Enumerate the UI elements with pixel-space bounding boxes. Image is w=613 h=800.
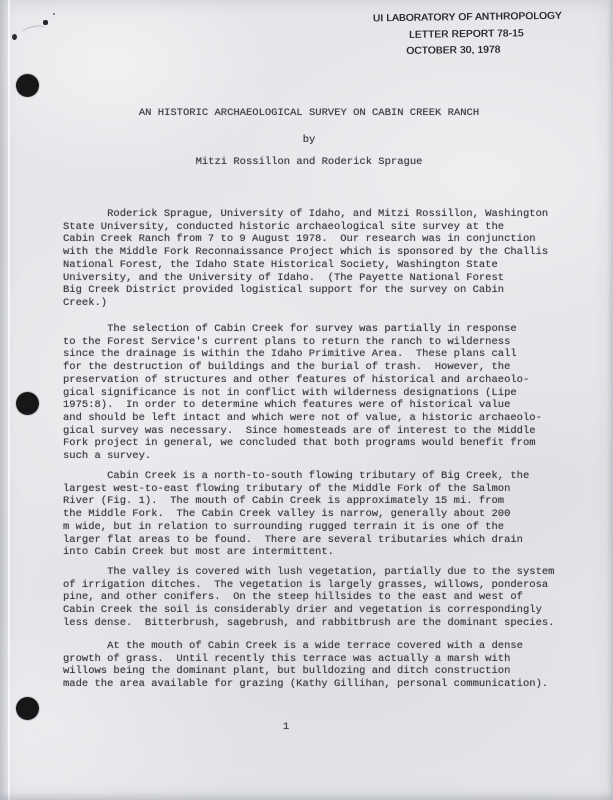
scan-edge-bottom (0, 792, 613, 800)
note-line-lab: UI LABORATORY OF ANTHROPOLOGY (373, 10, 562, 26)
paragraph-terrace: At the mouth of Cabin Creek is a wide te… (63, 640, 548, 691)
ink-speck (53, 13, 55, 15)
handwritten-note: UI LABORATORY OF ANTHROPOLOGY LETTER REP… (373, 10, 563, 59)
paragraph-selection: The selection of Cabin Creek for survey … (63, 323, 542, 463)
ink-scratch-mark (21, 24, 46, 38)
scan-edge-right (607, 0, 613, 800)
paper-edge-line (8, 0, 10, 800)
hole-punch-mark (16, 697, 39, 720)
paragraph-vegetation: The valley is covered with lush vegetati… (63, 566, 554, 630)
ink-speck (43, 20, 48, 25)
note-line-date: OCTOBER 30, 1978 (406, 43, 562, 58)
page-number: 1 (63, 721, 509, 734)
scanned-document-page: UI LABORATORY OF ANTHROPOLOGY LETTER REP… (0, 0, 613, 800)
authors-line: Mitzi Rossillon and Roderick Sprague (63, 156, 555, 169)
ink-speck (12, 34, 17, 40)
scan-edge-left (0, 0, 8, 800)
paragraph-geography: Cabin Creek is a north-to-south flowing … (63, 470, 529, 559)
hole-punch-mark (16, 74, 39, 97)
document-title: AN HISTORIC ARCHAEOLOGICAL SURVEY ON CAB… (63, 107, 555, 120)
note-line-report: LETTER REPORT 78-15 (409, 27, 562, 42)
hole-punch-mark (16, 392, 39, 415)
byline: by (63, 134, 555, 147)
paragraph-introduction: Roderick Sprague, University of Idaho, a… (63, 208, 548, 310)
